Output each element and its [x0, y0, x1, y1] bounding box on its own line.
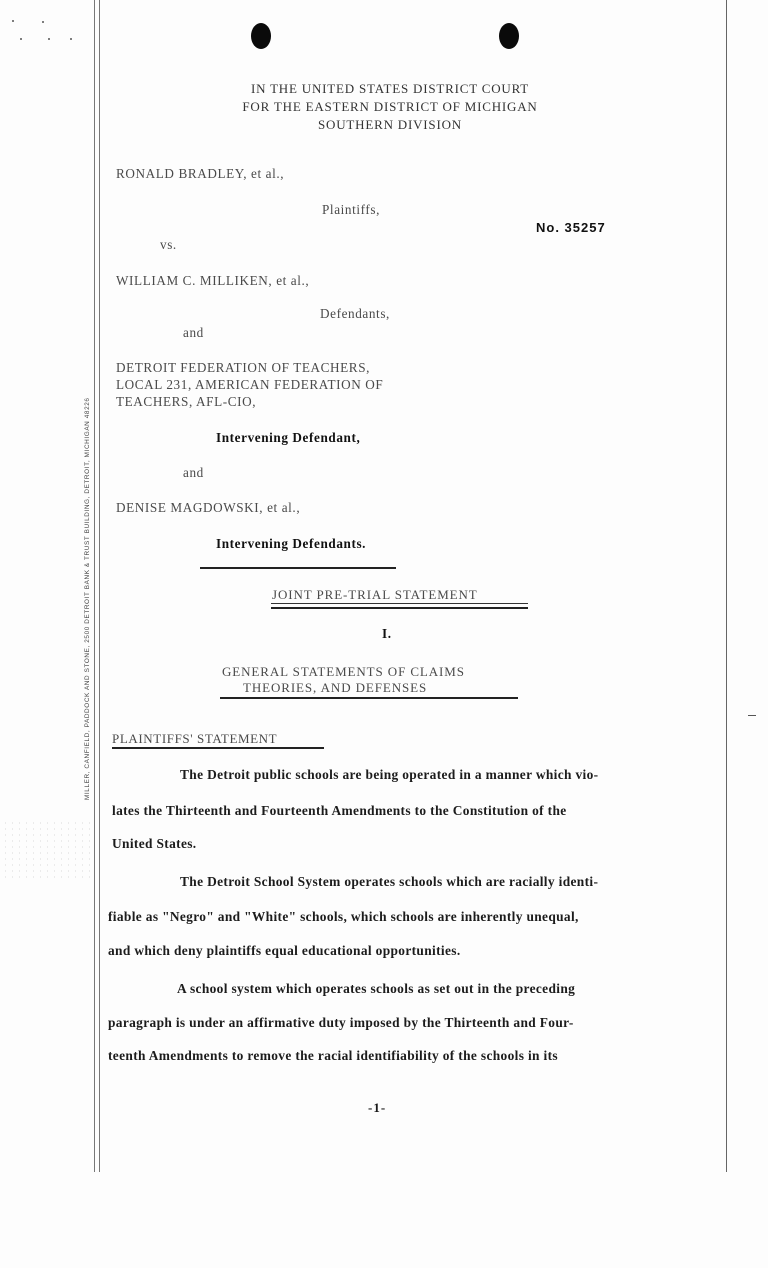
- margin-tick-mark: [748, 715, 756, 716]
- intervenor-2-name: DENISE MAGDOWSKI, et al.,: [116, 500, 300, 516]
- court-header: IN THE UNITED STATES DISTRICT COURT FOR …: [200, 80, 580, 134]
- defendant-name: WILLIAM C. MILLIKEN, et al.,: [116, 273, 309, 289]
- court-header-line: FOR THE EASTERN DISTRICT OF MICHIGAN: [200, 98, 580, 116]
- scan-speck: [70, 38, 72, 40]
- intervenor-1-line: TEACHERS, AFL-CIO,: [116, 394, 256, 410]
- scan-speck: [12, 20, 14, 22]
- plaintiff-name: RONALD BRADLEY, et al.,: [116, 166, 284, 182]
- title-underline: [271, 603, 528, 604]
- left-margin-double-rule: [94, 0, 100, 1172]
- paragraph-2-line: The Detroit School System operates schoo…: [180, 874, 598, 890]
- scan-speck: [20, 38, 22, 40]
- intervenor-1-line: DETROIT FEDERATION OF TEACHERS,: [116, 360, 370, 376]
- paragraph-2-line: and which deny plaintiffs equal educatio…: [108, 943, 461, 959]
- paragraph-1-line: The Detroit public schools are being ope…: [180, 767, 598, 783]
- paragraph-2-line: fiable as "Negro" and "White" schools, w…: [108, 909, 579, 925]
- section-title-line: THEORIES, AND DEFENSES: [243, 680, 427, 696]
- punch-hole-icon: [499, 23, 519, 49]
- court-header-line: IN THE UNITED STATES DISTRICT COURT: [200, 80, 580, 98]
- subsection-heading: PLAINTIFFS' STATEMENT: [112, 731, 277, 747]
- right-margin-rule: [726, 0, 727, 1172]
- paragraph-1-line: lates the Thirteenth and Fourteenth Amen…: [112, 803, 567, 819]
- intervenor-1-line: LOCAL 231, AMERICAN FEDERATION OF: [116, 377, 383, 393]
- intervenor-2-role: Intervening Defendants.: [216, 536, 366, 552]
- paragraph-3-line: paragraph is under an affirmative duty i…: [108, 1015, 574, 1031]
- document-page: MILLER, CANFIELD, PADDOCK AND STONE, 250…: [0, 0, 768, 1268]
- section-title-line: GENERAL STATEMENTS OF CLAIMS: [222, 664, 465, 680]
- scan-speck: [48, 38, 50, 40]
- defendant-role: Defendants,: [320, 306, 390, 322]
- case-number: No. 35257: [536, 220, 606, 235]
- and-label: and: [183, 465, 204, 481]
- section-number: I.: [382, 626, 392, 642]
- title-double-underline: [271, 607, 528, 609]
- intervenor-1-role: Intervening Defendant,: [216, 430, 360, 446]
- paragraph-3-line: teenth Amendments to remove the racial i…: [108, 1048, 558, 1064]
- subsection-heading-underline: [112, 747, 324, 749]
- document-title: JOINT PRE-TRIAL STATEMENT: [272, 587, 478, 603]
- law-firm-imprint: MILLER, CANFIELD, PADDOCK AND STONE, 250…: [84, 340, 91, 800]
- punch-hole-icon: [251, 23, 271, 49]
- court-header-line: SOUTHERN DIVISION: [200, 116, 580, 134]
- caption-separator-rule: [200, 567, 396, 569]
- paragraph-1-line: United States.: [112, 836, 197, 852]
- plaintiff-role: Plaintiffs,: [322, 202, 380, 218]
- versus-label: vs.: [160, 237, 177, 253]
- scan-noise: [2, 820, 92, 880]
- section-title-underline: [220, 697, 518, 699]
- scan-speck: [42, 21, 44, 23]
- page-number: -1-: [368, 1100, 386, 1116]
- and-label: and: [183, 325, 204, 341]
- paragraph-3-line: A school system which operates schools a…: [177, 981, 575, 997]
